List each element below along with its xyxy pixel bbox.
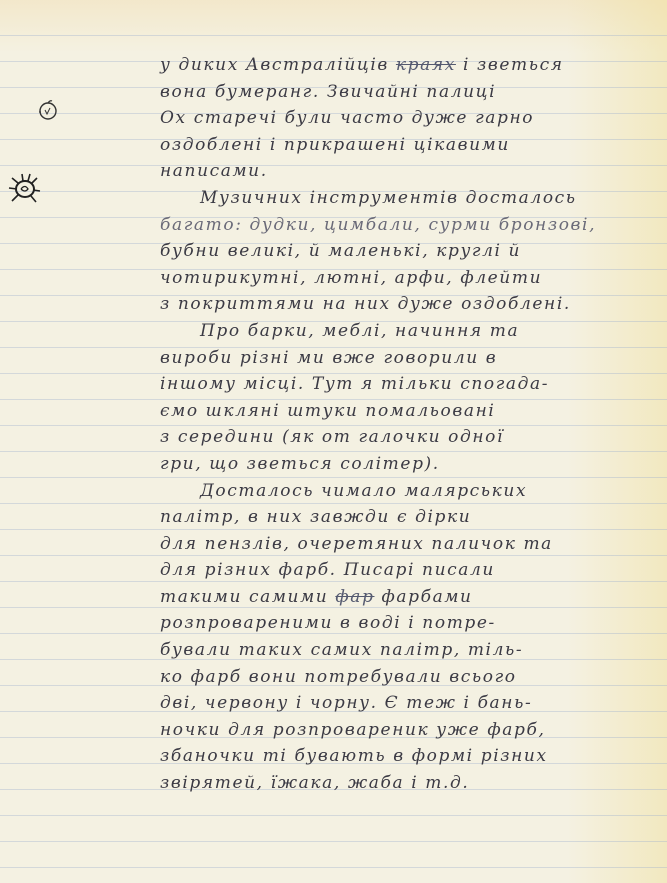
apple-doodle-icon [36,98,60,122]
handwritten-text: у диких Австралійців краях і зветься вон… [160,52,660,797]
text-line-3: Ох старечі були часто дуже гарно [160,105,660,132]
text-line-15: з середини (як от галочки одної [160,424,660,451]
beetle-doodle-icon [6,170,42,206]
text-line-14: ємо шкляні штуки помальовані [160,398,660,425]
text-line-12: вироби різні ми вже говорили в [160,345,660,372]
text-line-9: чотирикутні, лютні, арфи, флейти [160,265,660,292]
text-line-11: Про барки, меблі, начиння та [160,318,660,345]
struck-word: краях [396,55,456,75]
text-line-8: бубни великі, й маленькі, круглі й [160,238,660,265]
text-line-13: іншому місці. Тут я тільки спогада- [160,371,660,398]
text-line-20: для різних фарб. Писарі писали [160,557,660,584]
manuscript-page: у диких Австралійців краях і зветься вон… [0,0,667,883]
text-line-19: для пензлів, очеретяних паличок та [160,531,660,558]
text-line-2: вона бумеранг. Звичайні палиці [160,79,660,106]
text-line-16: гри, що зветься солітер). [160,451,660,478]
text-line-21: такими самими фар фарбами [160,584,660,611]
text-line-4: оздоблені і прикрашені цікавими [160,132,660,159]
text-line-7: багато: дудки, цимбали, сурми бронзові, [160,212,660,239]
struck-word: фар [335,587,374,607]
text-line-5: написами. [160,158,660,185]
text-line-18: палітр, в них завжди є дірки [160,504,660,531]
text-line-17: Досталось чимало малярських [160,478,660,505]
text-line-27: збаночки ті бувають в формі різних [160,743,660,770]
text-line-26: ночки для розпровареник уже фарб, [160,717,660,744]
text-line-24: ко фарб вони потребували всього [160,664,660,691]
text-line-25: дві, червону і чорну. Є теж і бань- [160,690,660,717]
text-line-22: розпровареними в воді і потре- [160,610,660,637]
text-line-23: бували таких самих палітр, тіль- [160,637,660,664]
text-line-1: у диких Австралійців краях і зветься [160,52,660,79]
text-line-10: з покриттями на них дуже оздоблені. [160,291,660,318]
text-line-6: Музичних інструментів досталось [160,185,660,212]
text-line-28: звірятей, їжака, жаба і т.д. [160,770,660,797]
